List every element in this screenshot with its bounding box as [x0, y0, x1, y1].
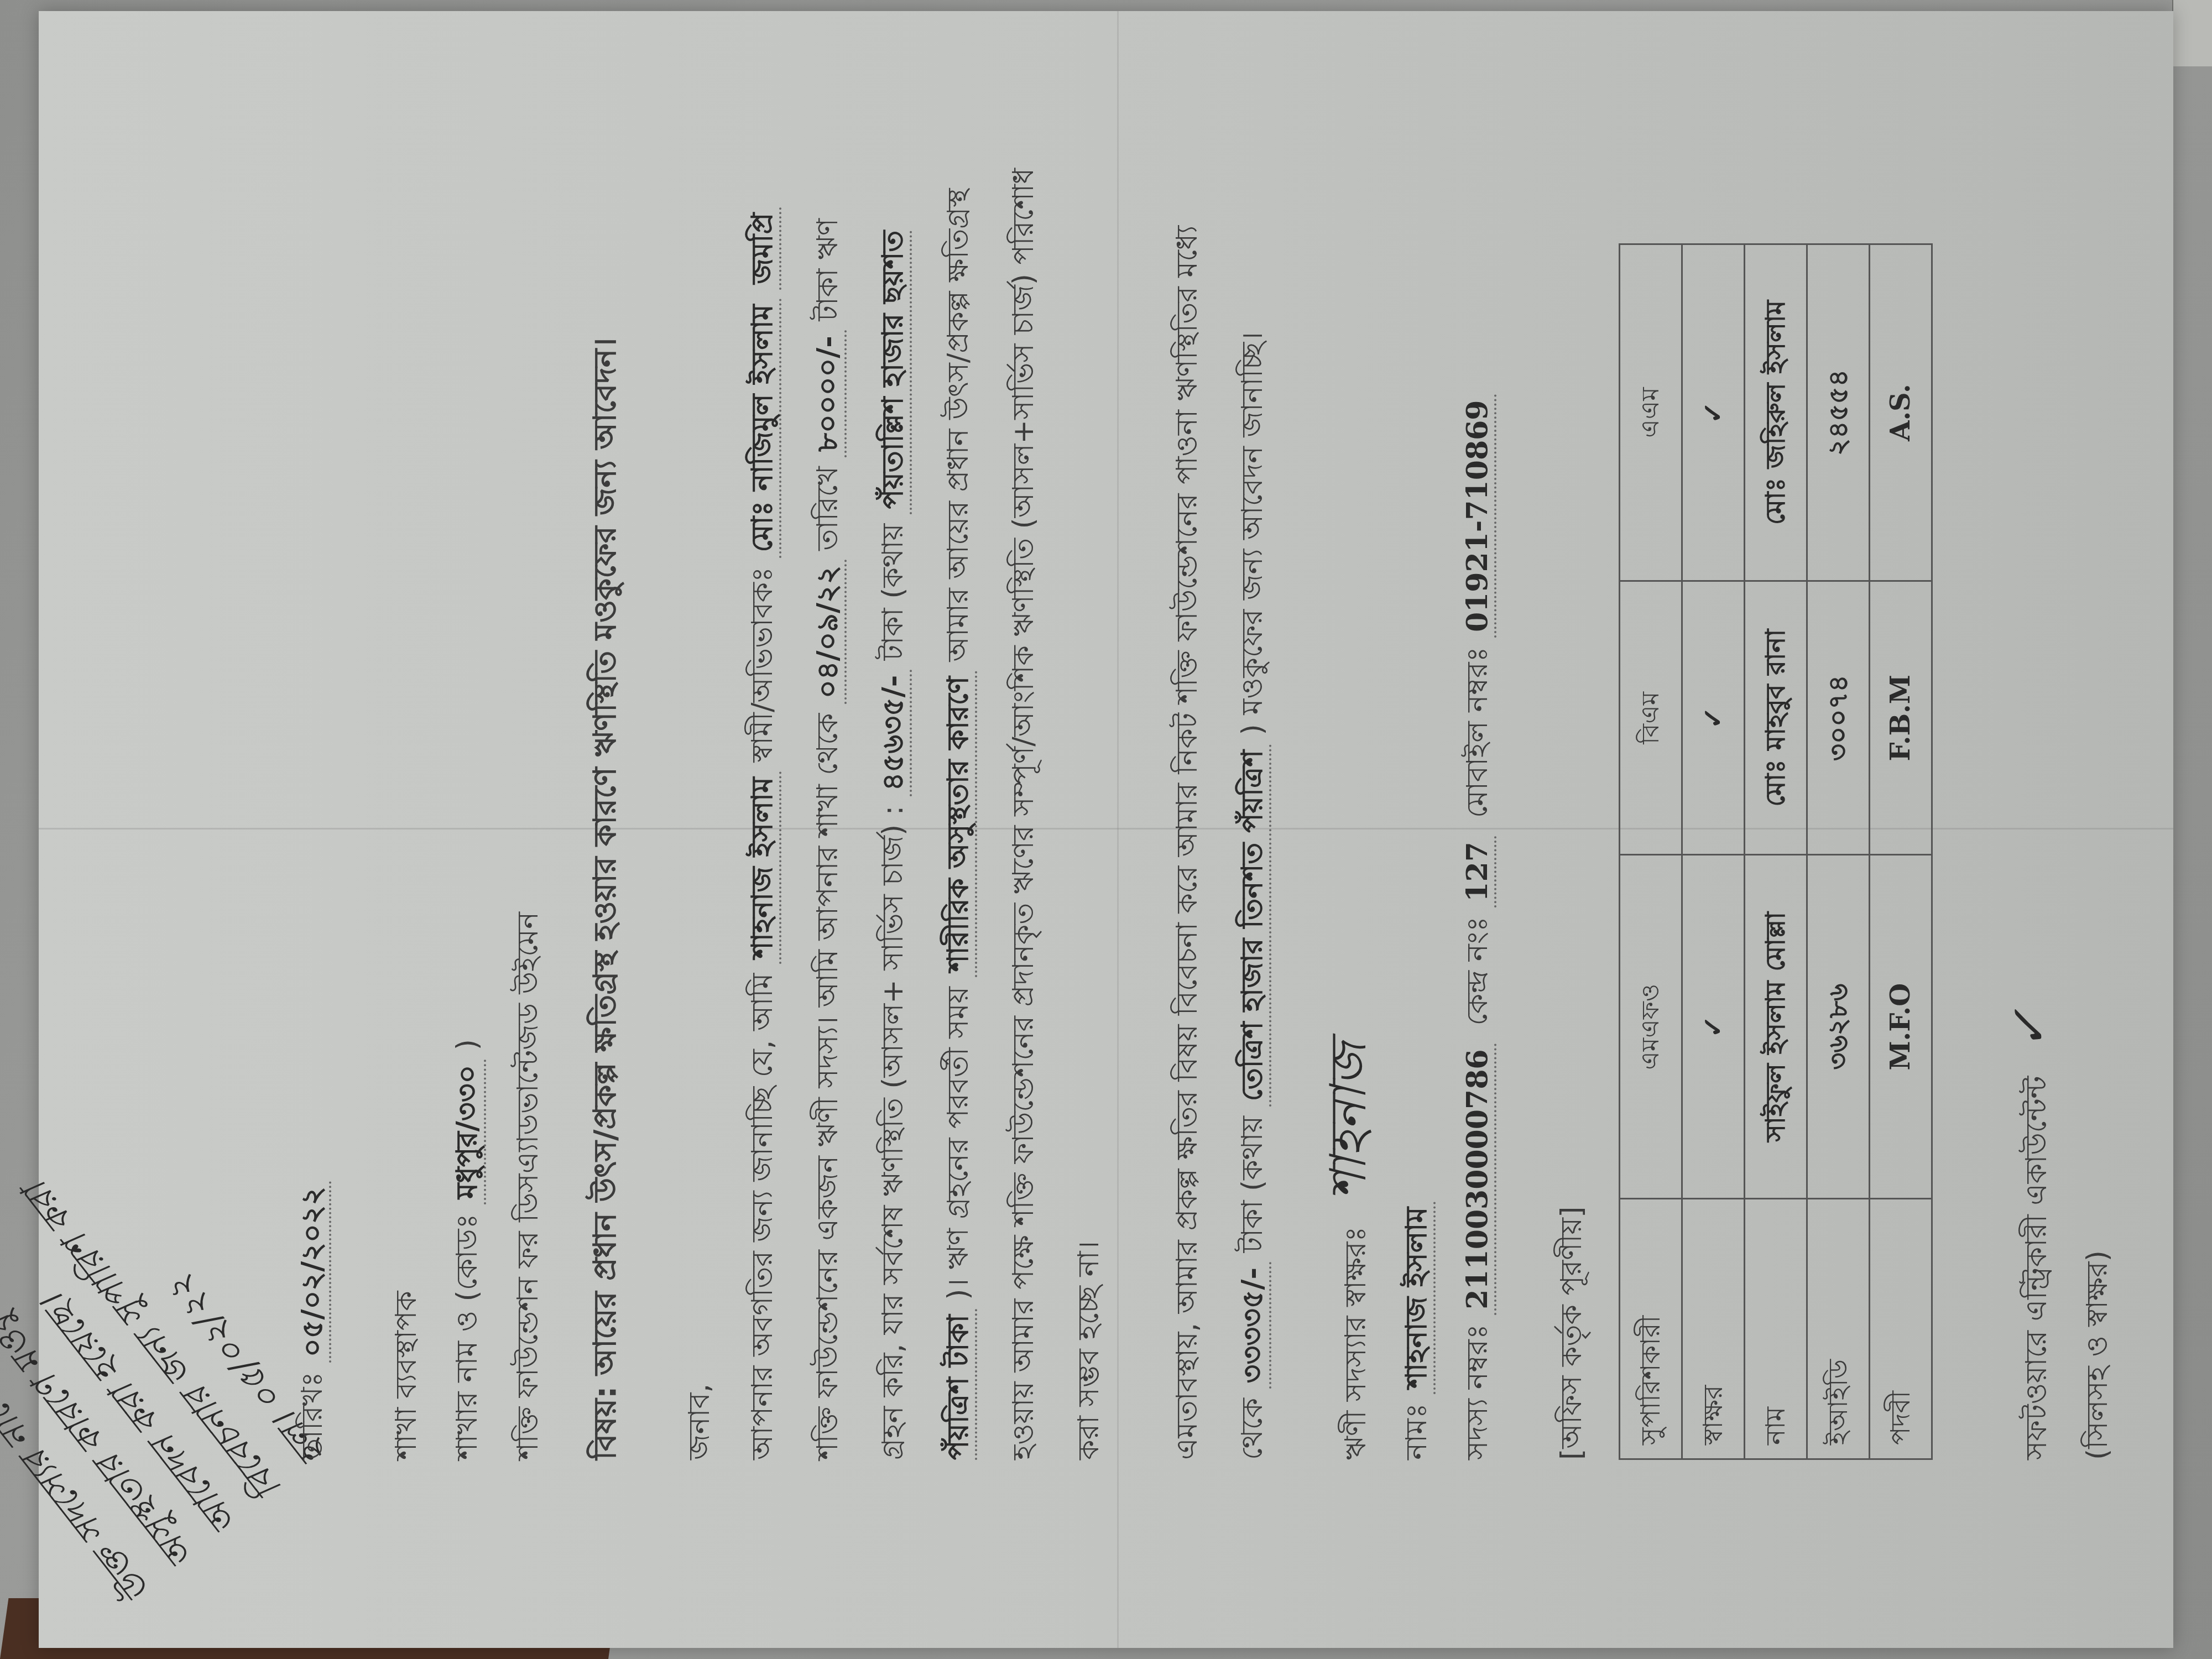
column-header: এএম	[1620, 244, 1682, 581]
branch-field[interactable]: মধুপুর/৩৩০	[450, 1060, 486, 1204]
organization-name: শক্তি ফাউন্ডেশন ফর ডিসএ্যাডভান্টেজড উইমে…	[498, 160, 559, 1460]
row-label: সুপারিশকারী	[1620, 1199, 1682, 1459]
form-body: তারিখঃ ০৫/০২/২০২২ শাখা ব্যবস্থাপক শাখার …	[282, 160, 2212, 1460]
column-header: বিএম	[1620, 581, 1682, 855]
loan-amount-field[interactable]: ৮০০০০/-	[811, 330, 847, 457]
para-text: আপনার অবগতির জন্য জানাচ্ছি যে, আমি	[746, 973, 779, 1460]
eid-cell[interactable]: ২৪৫৫৪	[1807, 244, 1870, 581]
column-header: এমএফও	[1620, 855, 1682, 1199]
designation-cell[interactable]: M.F.O	[1870, 855, 1932, 1199]
signature-cell[interactable]: ✓	[1682, 244, 1745, 581]
table-row: সুপারিশকারী এমএফও বিএম এএম	[1620, 244, 1682, 1459]
loan-type-field[interactable]: জমপ্রি	[745, 207, 781, 290]
table-row: পদবী M.F.O F.B.M A.S.	[1870, 244, 1932, 1459]
name-cell[interactable]: মোঃ মাহবুব রানা	[1745, 581, 1807, 855]
para-text: স্বামী/অভিভাবকঃ	[746, 567, 779, 763]
row-label: নাম	[1745, 1199, 1807, 1459]
eid-cell[interactable]: ৩৬২৮৬	[1807, 855, 1870, 1199]
approver-signature[interactable]: ✓	[1999, 1009, 2060, 1050]
mobile-label: মোবাইল নম্বরঃ	[1461, 647, 1494, 818]
table-row: নাম সাইফুল ইসলাম মোল্লা মোঃ মাহবুব রানা …	[1745, 244, 1807, 1459]
branch-label: শাখার নাম ও (কোডঃ	[451, 1214, 484, 1460]
approver-block: সফটওয়ারে এন্ট্রিকারী একাউন্টেন্ট ✓	[1999, 160, 2067, 1460]
applicant-ids-row: সদস্য নম্বরঃ 2110030000786 কেন্দ্র নংঃ 1…	[1447, 160, 1508, 1460]
date-label: তারিখঃ	[296, 1372, 329, 1460]
name-cell[interactable]: সাইফুল ইসলাম মোল্লা	[1745, 855, 1807, 1199]
para-text: তারিখে	[811, 466, 844, 551]
applicant-signature[interactable]: শাহনাজ	[1318, 1042, 1379, 1201]
approver-subtitle: (সিলসহ ও স্বাক্ষর)	[2067, 160, 2128, 1460]
office-recommendation-table: সুপারিশকারী এমএফও বিএম এএম স্বাক্ষর ✓ ✓ …	[1619, 243, 1933, 1460]
member-no-field[interactable]: 2110030000786	[1460, 1044, 1496, 1314]
salutation: জনাব,	[669, 160, 730, 1460]
cause-field[interactable]: শারীরিক অসুস্থতার কারণে	[941, 671, 977, 977]
applicant-signature-row: ঋণী সদস্যার স্বাক্ষরঃ শাহনাজ	[1318, 160, 1386, 1460]
designation-cell[interactable]: A.S.	[1870, 244, 1932, 581]
date-field[interactable]: ০৫/০২/২০২২	[295, 1181, 331, 1363]
signature-label: ঋণী সদস্যার স্বাক্ষরঃ	[1339, 1227, 1373, 1460]
approver-title: সফটওয়ারে এন্ট্রিকারী একাউন্টেন্ট	[2020, 1076, 2053, 1460]
waiver-amount-field[interactable]: ৩৩৩৩৫/-	[1235, 1262, 1271, 1389]
paragraph-application: আপনার অবগতির জন্য জানাচ্ছি যে, আমি শাহনা…	[730, 160, 1121, 1460]
para-text: )। ঋণ গ্রহনের পরবর্তী সময়	[942, 987, 975, 1300]
row-label: ইআইডি	[1807, 1199, 1870, 1459]
row-label: পদবী	[1870, 1199, 1932, 1459]
underlying-paper	[2172, 0, 2212, 66]
table-row: স্বাক্ষর ✓ ✓ ✓	[1682, 244, 1745, 1459]
recipient-title: শাখা ব্যবস্থাপক	[376, 160, 437, 1460]
para-text: শক্তি ফাউন্ডেশনের একজন ঋণী সদস্য। আমি আপ…	[811, 713, 844, 1460]
office-section-title: [অফিস কর্তৃক পূরণীয়]	[1541, 160, 1602, 1460]
mobile-field[interactable]: 01921-710869	[1460, 395, 1496, 638]
table-row: ইআইডি ৩৬২৮৬ ৩০০৭৪ ২৪৫৫৪	[1807, 244, 1870, 1459]
applicant-name-field[interactable]: শাহনাজ ইসলাম	[1400, 1202, 1436, 1394]
row-label: স্বাক্ষর	[1682, 1199, 1745, 1459]
para-text: টাকা (কথায়	[877, 524, 910, 660]
footer-note: নোট- এই আবেদনের ভিত্তিতে এন্ট্রি, সুপারি…	[2205, 160, 2212, 1460]
center-no-label: কেন্দ্র নংঃ	[1461, 916, 1494, 1025]
para-text: ) মওকুফের জন্য আবেদন জানাচ্ছি।	[1236, 332, 1269, 735]
eid-cell[interactable]: ৩০০৭৪	[1807, 581, 1870, 855]
loan-date-field[interactable]: ০৪/০৯/২২	[811, 560, 847, 704]
branch-row: শাখার নাম ও (কোডঃ মধুপুর/৩৩০ )	[437, 160, 498, 1460]
name-cell[interactable]: মোঃ জহিরুল ইসলাম	[1745, 244, 1807, 581]
application-form-page: উক্ত সদস্যের নামে অসুস্থতার কারণে মওকুফে…	[39, 11, 2173, 1648]
para-text: টাকা (কথায়	[1236, 1116, 1269, 1253]
outstanding-amount-field[interactable]: ৪৫৬৩৫/-	[876, 670, 912, 796]
paragraph-request: এমতাবস্থায়, আমার প্রকল্প ক্ষতির বিষয় ব…	[1155, 160, 1285, 1460]
branch-suffix: )	[451, 1039, 484, 1050]
center-no-field[interactable]: 127	[1460, 836, 1496, 907]
guardian-name-field[interactable]: মোঃ নাজিমুল ইসলাম	[745, 299, 781, 557]
subject-line: বিষয়: আয়ের প্রধান উৎস/প্রকল্প ক্ষতিগ্র…	[575, 160, 636, 1460]
member-no-label: সদস্য নম্বরঃ	[1461, 1324, 1494, 1460]
signature-cell[interactable]: ✓	[1682, 581, 1745, 855]
member-name-field[interactable]: শাহনাজ ইসলাম	[745, 771, 781, 964]
waiver-words-field[interactable]: তেত্রিশ হাজার তিনশত পঁয়ত্রিশ	[1235, 744, 1271, 1107]
name-label: নামঃ	[1400, 1403, 1433, 1460]
date-row: তারিখঃ ০৫/০২/২০২২	[282, 160, 343, 1460]
designation-cell[interactable]: F.B.M	[1870, 581, 1932, 855]
signature-cell[interactable]: ✓	[1682, 855, 1745, 1199]
applicant-name-row: নামঃ শাহনাজ ইসলাম	[1386, 160, 1447, 1460]
